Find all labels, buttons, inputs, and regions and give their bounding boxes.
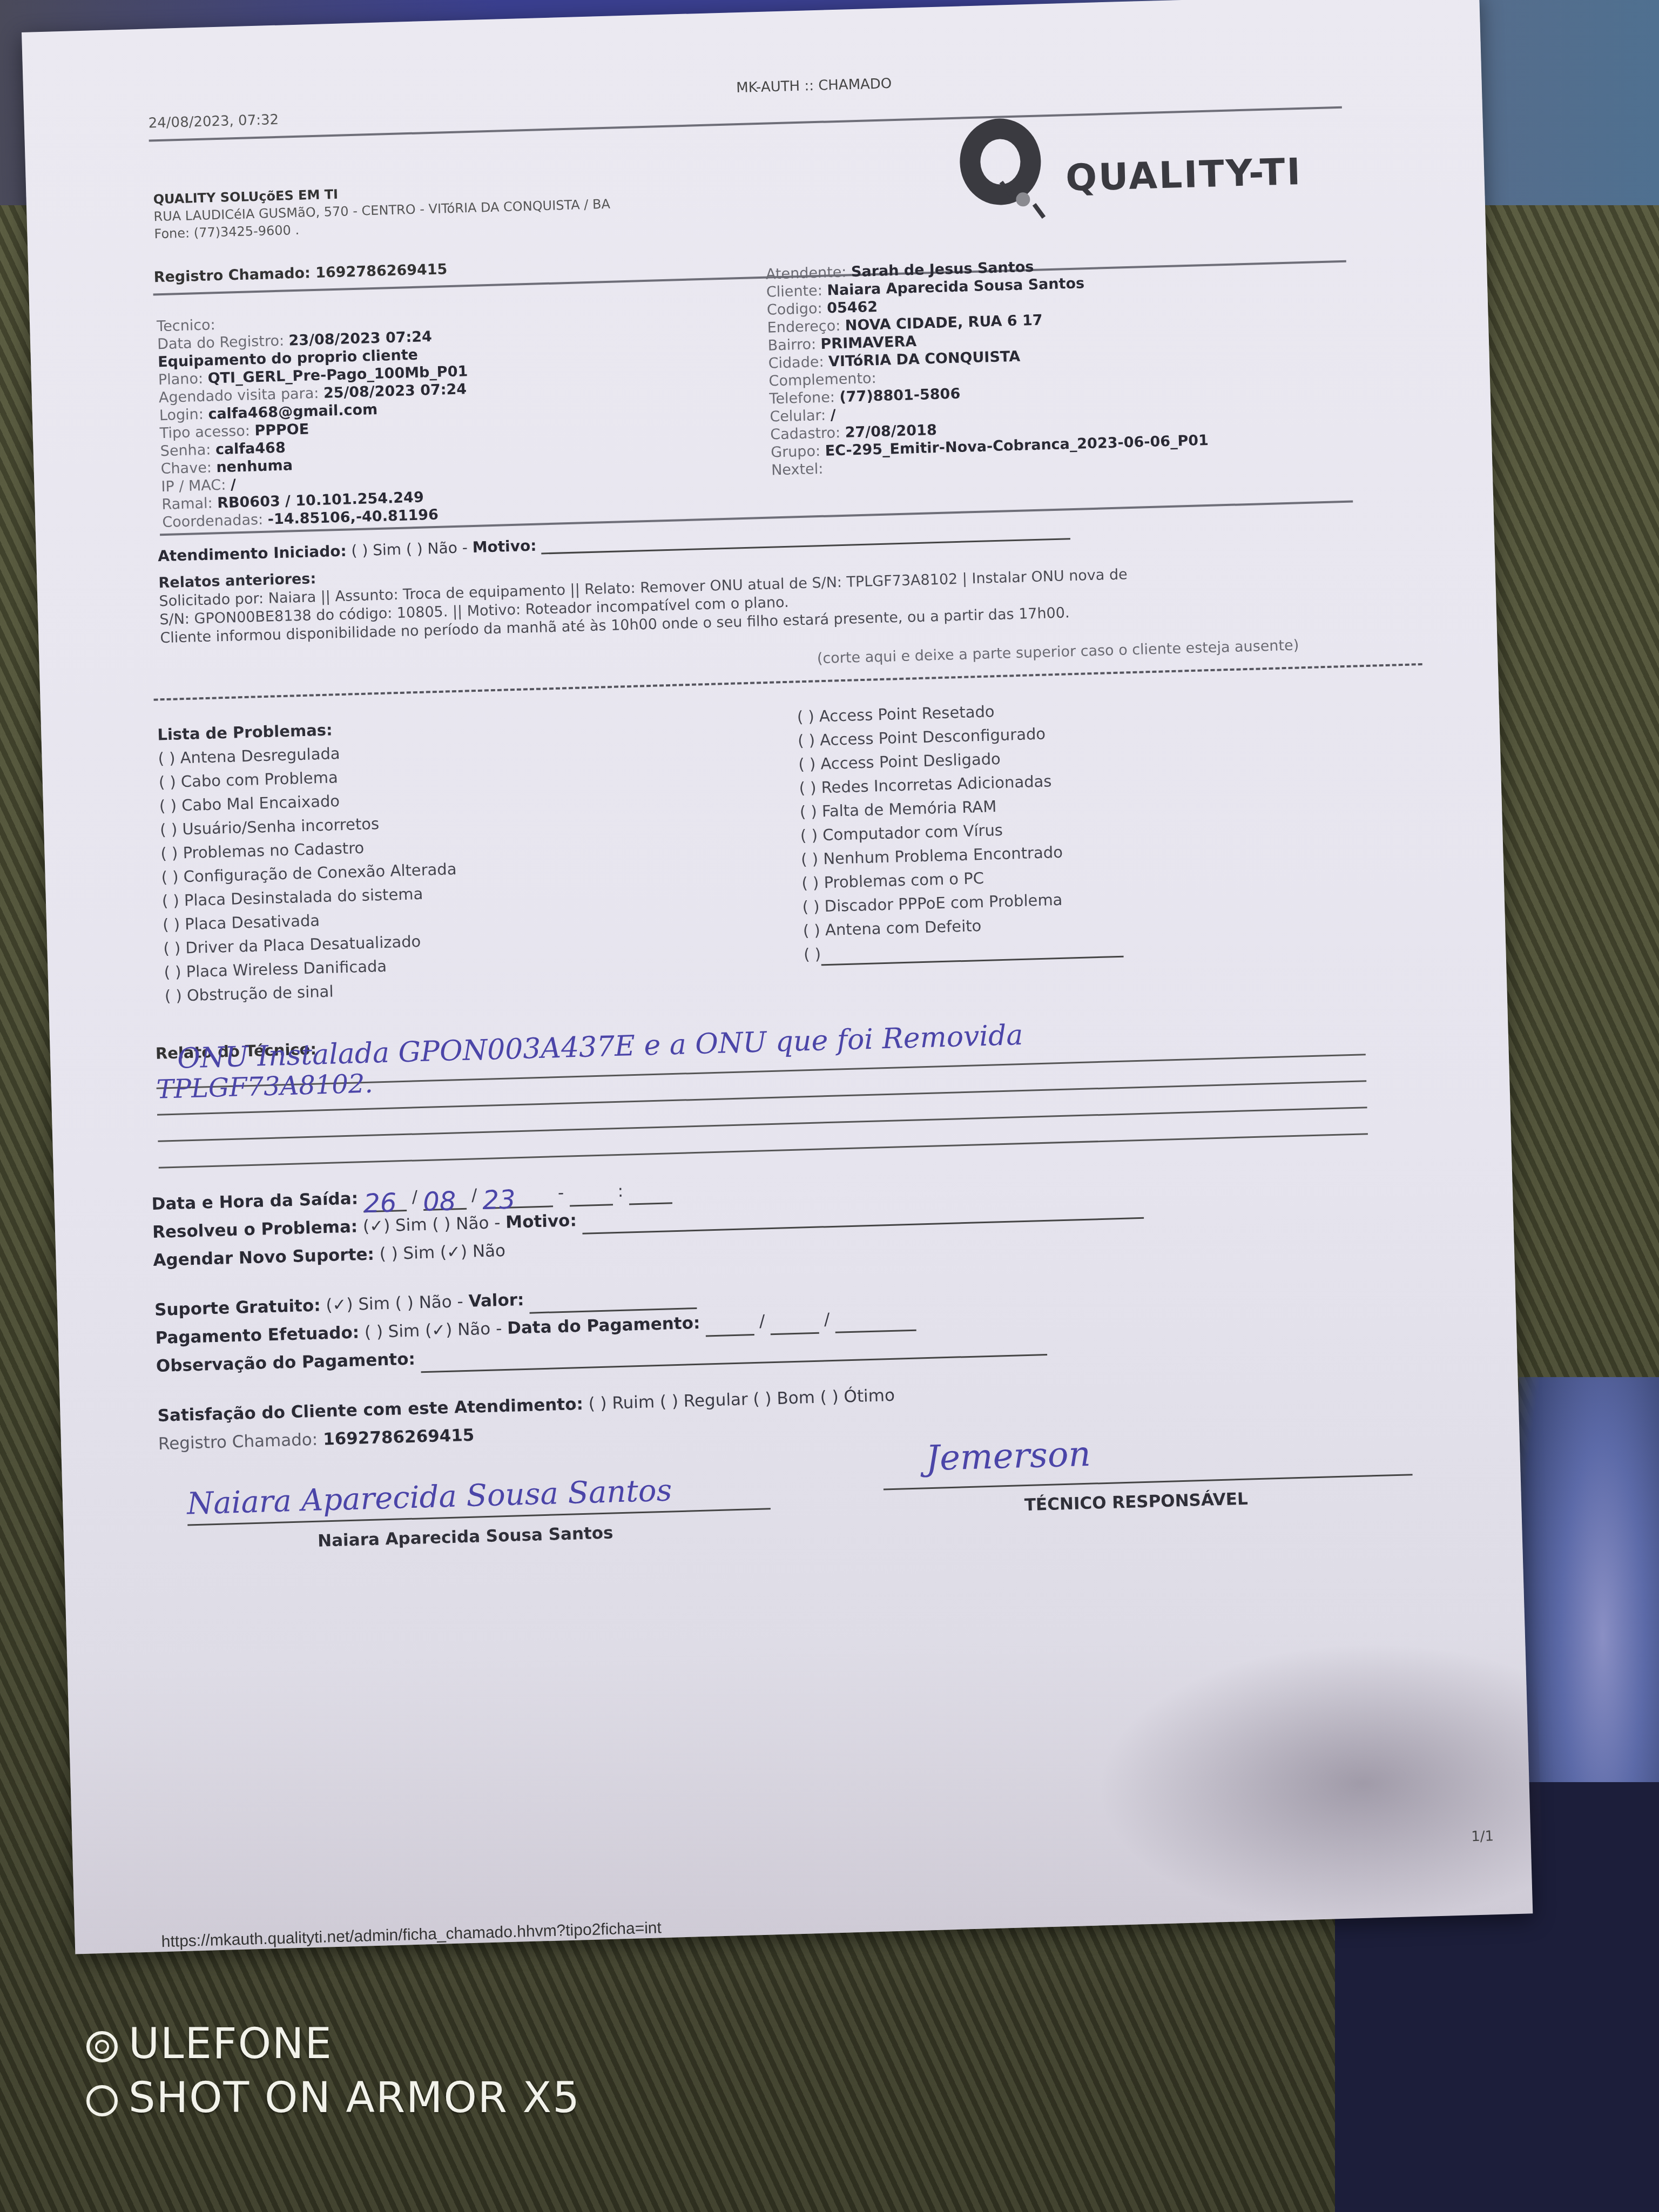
shadow: [1093, 1638, 1543, 1931]
pagamento-nao-checked: (✓) Não -: [425, 1319, 502, 1340]
field-value: PRIMAVERA: [820, 333, 916, 353]
field-label: IP / MAC:: [161, 477, 231, 496]
camera-brand-watermark: ULEFONE: [86, 2020, 333, 2068]
lens-icon: [86, 2085, 118, 2116]
field-label: Cidade:: [768, 354, 828, 372]
cut-line: [154, 663, 1422, 701]
field-label: Tipo acesso:: [159, 422, 255, 442]
field-label: Nextel:: [771, 461, 824, 479]
saida-day: 26: [363, 1196, 407, 1212]
pagamento-label: Pagamento Efetuado:: [155, 1323, 359, 1348]
relato-tecnico: Relato do Técnico: ONU Instalada GPON003…: [155, 1010, 1368, 1168]
field-label: Complemento:: [768, 370, 876, 390]
field-label: Telefone:: [769, 389, 840, 408]
other-problem-blank: [821, 943, 1124, 966]
saida-year: 23: [482, 1191, 553, 1209]
saida-label: Data e Hora da Saída:: [151, 1189, 358, 1214]
saida-hour: [569, 1190, 613, 1206]
technician-label: TÉCNICO RESPONSÁVEL: [1024, 1489, 1248, 1515]
pagamento-sim: ( ) Sim: [364, 1321, 420, 1342]
field-label: Tecnico:: [157, 316, 215, 335]
gratuito-sim-checked: (✓) Sim: [326, 1294, 390, 1315]
motivo-label: Motivo:: [472, 537, 537, 556]
novo-suporte-sim: ( ) Sim: [379, 1243, 435, 1264]
registro-label: Registro Chamado:: [153, 265, 311, 286]
field-label: Cadastro:: [770, 424, 845, 443]
saida-minute: [629, 1188, 672, 1205]
field-value: -14.85106,-40.81196: [267, 507, 439, 528]
atendimento-label: Atendimento Iniciado:: [158, 542, 347, 565]
field-label: Coordenadas:: [162, 511, 268, 531]
field-label: Atendente:: [766, 264, 852, 282]
gratuito-label: Suporte Gratuito:: [154, 1296, 321, 1320]
page-number: 1/1: [1471, 1828, 1494, 1845]
field-label: Senha:: [160, 441, 215, 460]
pagamento-year-blank: [835, 1316, 916, 1333]
field-value: PPPOE: [254, 421, 309, 439]
registro-value: 1692786269415: [323, 1426, 475, 1449]
customer-info-right: Atendente: Sarah de Jesus SantosCliente:…: [766, 253, 1210, 479]
field-value: 25/08/2023 07:24: [323, 381, 467, 401]
resolveu-nao: ( ) Não -: [432, 1213, 501, 1235]
novo-suporte-nao-checked: (✓) Não: [440, 1241, 505, 1262]
q-logo-icon: [959, 117, 1042, 206]
field-label: Endereço:: [767, 318, 845, 336]
field-label: Grupo:: [771, 443, 825, 461]
company-info: QUALITY SOLUçõES EM TI RUA LAUDICéIA GUS…: [153, 178, 611, 243]
registro-value: 1692786269415: [315, 261, 448, 281]
field-label: Login:: [159, 406, 208, 424]
print-title: MK-AUTH :: CHAMADO: [736, 76, 892, 96]
pagamento-month-blank: [770, 1318, 819, 1336]
saida-month: 08: [423, 1194, 467, 1211]
observacao-label: Observação do Pagamento:: [156, 1350, 416, 1376]
camera-brand: ULEFONE: [129, 2020, 333, 2068]
gratuito-nao: ( ) Não -: [395, 1292, 463, 1313]
problem-list-left: Lista de Problemas: ( ) Antena Desregula…: [157, 714, 460, 1008]
field-label: Chave:: [160, 459, 217, 477]
field-value: nenhuma: [216, 457, 293, 476]
field-label: Ramal:: [161, 495, 218, 513]
motivo-blank: [541, 524, 1070, 554]
field-label: Plano:: [158, 370, 208, 389]
camera-model: SHOT ON ARMOR X5: [129, 2074, 581, 2122]
resolveu-label: Resolveu o Problema:: [152, 1217, 358, 1242]
satisfacao-options: ( ) Ruim ( ) Regular ( ) Bom ( ) Ótimo: [588, 1386, 895, 1414]
logo-text: QUALITY-TI: [1065, 151, 1303, 200]
resolveu-sim-checked: (✓) Sim: [363, 1215, 427, 1236]
printed-service-ticket: 24/08/2023, 07:32 MK-AUTH :: CHAMADO QUA…: [22, 0, 1533, 1954]
closing-form: Data e Hora da Saída: 26 / 08 / 23 - : R…: [151, 1163, 1150, 1458]
data-pagamento-label: Data do Pagamento:: [507, 1313, 700, 1338]
atendimento-options: ( ) Sim ( ) Não -: [351, 538, 468, 559]
registro-chamado: Registro Chamado: 1692786269415: [153, 261, 448, 286]
q-logo-tail: [1033, 203, 1046, 219]
field-label: Celular:: [770, 407, 831, 425]
handwritten-report-line2: TPLGF73A8102.: [156, 1069, 373, 1105]
cut-note: (corte aqui e deixe a parte superior cas…: [817, 637, 1299, 667]
field-label: Bairro:: [767, 336, 821, 354]
motivo-label: Motivo:: [505, 1211, 577, 1232]
novo-suporte-label: Agendar Novo Suporte:: [153, 1245, 374, 1270]
field-value: 05462: [827, 299, 878, 317]
quality-ti-logo: QUALITY-TI: [948, 104, 1339, 217]
field-value: 27/08/2018: [845, 422, 937, 441]
field-value: calfa468: [215, 440, 286, 458]
registro-label: Registro Chamado:: [158, 1430, 318, 1454]
client-name: Naiara Aparecida Sousa Santos: [318, 1523, 613, 1551]
technician-signature: Jemerson: [925, 1434, 1091, 1479]
problem-list-right: ( ) Access Point Resetado( ) Access Poin…: [797, 696, 1123, 966]
print-date: 24/08/2023, 07:32: [148, 112, 279, 132]
service-info-left: Tecnico: Data do Registro: 23/08/2023 07…: [157, 309, 472, 531]
pagamento-day-blank: [705, 1320, 754, 1337]
field-value: /: [830, 407, 836, 423]
camera-model-watermark: SHOT ON ARMOR X5: [86, 2074, 581, 2122]
field-value: (77)8801-5806: [839, 386, 961, 406]
field-value: /: [230, 476, 236, 493]
field-label: Codigo:: [766, 300, 827, 319]
valor-label: Valor:: [468, 1290, 524, 1311]
q-logo-dot: [1016, 192, 1030, 207]
field-label: Cliente:: [766, 282, 827, 301]
shutter-icon: [86, 2031, 118, 2062]
